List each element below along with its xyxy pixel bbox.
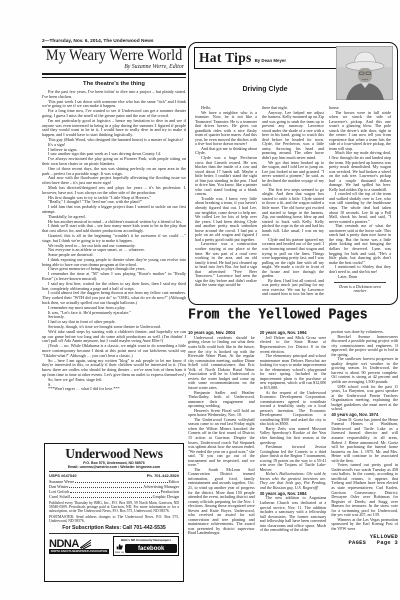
dotted-leader — [70, 492, 159, 493]
paragraph: The first few steps seemed to go alright… — [262, 188, 324, 238]
paragraph: The horses were in full stride when we s… — [329, 111, 391, 152]
paragraph: Barry Zeits was named Missouri Valley Sp… — [260, 427, 327, 445]
paragraph: Jeff Delzer and Mick Grosz were elected … — [260, 336, 327, 354]
staff-name: Carol Schall — [49, 494, 70, 499]
masthead-rule-thick — [42, 73, 186, 75]
ndna-logo: NDNA NORTH DAKOTA NEWSPAPER ASSOCIATION — [49, 539, 109, 554]
paragraph: Much like my mule driving deal, I flew t… — [329, 151, 391, 192]
paragraph: That reminds me of what the auctioneer s… — [329, 224, 391, 265]
paragraph: Lawrence was a construction worker stayi… — [195, 242, 257, 287]
paragraph: The sunflower harvest progresses in qual… — [331, 357, 398, 384]
paragraph: Underwood residents should be getting cl… — [188, 336, 255, 391]
subscription-line: For Subscription Rates: Call 701-442-553… — [49, 525, 179, 531]
facebook-badge-title: BHG's ND Community Newspapers — [115, 538, 177, 542]
publisher-legal-text: Published every Thursday by BHG, Inc., P… — [49, 501, 179, 514]
paragraph: Clyde was a huge Percheron cross that Li… — [195, 156, 257, 197]
hat-tips-headline: Driving Clyde — [195, 86, 335, 93]
yellowed-column-1: 10 years ago, Nov. 2004Underwood residen… — [188, 330, 255, 586]
yellowed-column-3: portion was done by volunteers.Boeckel A… — [331, 330, 398, 586]
paragraph: Winners at the Las Vegas promotion spons… — [331, 518, 398, 532]
staff-role: Graphic Design — [153, 494, 179, 499]
paragraph: I crawled off the top of the team and wa… — [329, 192, 391, 224]
paragraph: We got that team hooked up to the wagon,… — [262, 161, 324, 188]
usps-number: USPS #647040 — [49, 473, 77, 478]
staff-row: Carol Schall Graphic Design — [49, 494, 179, 499]
facebook-wordmark: facebook — [125, 544, 177, 553]
yellowed-pages-section: 10 years ago, Nov. 2004Underwood residen… — [188, 330, 398, 586]
paragraph: Glenn D. Goetz has joined the Heine Fune… — [331, 418, 398, 463]
paragraph: Later, Dean — [329, 275, 391, 280]
paragraph: Clyde and his partner ignored my screams… — [262, 238, 324, 279]
masthead-contact: Email: unnews@westriv.com • Website: bhg… — [49, 465, 179, 469]
masthead-rule-thin — [42, 77, 186, 78]
dotted-leader — [69, 487, 142, 488]
paragraph: The elementary principal and school main… — [260, 354, 327, 390]
ndna-flag-icon — [80, 539, 92, 549]
thumbs-up-icon — [116, 543, 123, 550]
ndna-subtext: NORTH DAKOTA NEWSPAPER ASSOCIATION — [49, 549, 109, 553]
paragraph: UHS school cook for the past 11 years, L… — [331, 385, 398, 412]
hat-tips-column-3: house.The horses were in full stride whe… — [329, 106, 391, 297]
dotted-leader — [75, 482, 167, 483]
paragraph: Anyway, Lee helped me adjust the harness… — [262, 111, 324, 161]
paragraph: Benjamin Sadler and Heather Thekofladey,… — [188, 391, 255, 409]
paragraph: Trouble was, I knew very little about br… — [195, 197, 257, 242]
masthead-box: Underwood News P.O. Box 575, Underwood, … — [44, 443, 184, 582]
paragraph: We'd take small steps by starting with a… — [42, 330, 186, 344]
hat-tips-box: Hat Tips By Dean Meyer Driving Clyde — [188, 42, 398, 305]
paragraph: By then, I had lost all control, and was… — [262, 279, 324, 297]
paragraph: So – here I am again, using my written "… — [42, 359, 186, 378]
paragraph: The Underwood Comets volleyball season c… — [188, 418, 255, 468]
phone-number: Ph. 701-442-5520 — [147, 473, 179, 478]
paragraph: Helsa's Hallucinations: Ole said he know… — [260, 472, 327, 490]
postmaster-text: POSTMASTER: Send address changes to The … — [49, 515, 179, 523]
paragraph: (Yeah … no. While Oklahoma is a classic,… — [42, 344, 186, 358]
paragraph: Voters turned out pretty good in Underwo… — [331, 463, 398, 518]
columnist-photo — [336, 46, 393, 100]
masthead-box-title: Underwood News — [49, 447, 179, 460]
page-folio: 2—Thursday, Nov. 6, 2014, The Underwood … — [42, 39, 186, 44]
werre-column-headline: The theatre's the thing — [42, 81, 186, 87]
paragraph: The South McLean Soil Conservation Distr… — [188, 468, 255, 536]
yellowed-column-2: 20 years ago, Nov. 1994Jeff Delzer and M… — [260, 330, 327, 586]
paragraph: I'm not particularly good at logistics –… — [42, 119, 186, 138]
like-us-label: Like us — [115, 543, 124, 554]
hat-tips-column-1: Hello,We have a neighbor who is a teamst… — [195, 106, 257, 297]
paragraph: Dean is a Dickinson area rancher — [334, 282, 387, 294]
paragraph: At the request of the Underwood Economic… — [260, 391, 327, 427]
hat-tips-column-2: there that night.Anyway, Lee helped me a… — [262, 106, 324, 297]
werre-column-byline: By Suzanne Werre, Editor — [42, 64, 184, 70]
hat-tips-banner: Hat Tips By Dean Meyer — [194, 47, 341, 69]
paragraph: I mentioned to Shirley that they don't n… — [329, 265, 391, 274]
paragraph: ***Won't regret … what I did for love.**… — [42, 387, 186, 392]
paragraph: We have a neighbor who is a teamster. No… — [195, 111, 257, 147]
ndna-wordmark: NDNA — [49, 539, 79, 549]
werre-column-body: For the past few years, I've been itchin… — [42, 90, 186, 439]
jump-line: YELLOWED PAGES Page 3 — [331, 534, 398, 546]
hat-tips-title: Hat Tips — [199, 50, 252, 66]
paragraph: Freshman forward Jessica Cottingham led … — [260, 445, 327, 472]
masthead-address: P.O. Box 575, Underwood, ND 58576 — [49, 461, 179, 465]
facebook-badge: BHG's ND Community Newspapers Like us fa… — [113, 536, 179, 556]
dotted-leader — [71, 497, 152, 498]
newspaper-page: 2—Thursday, Nov. 6, 2014, The Underwood … — [0, 0, 400, 600]
werre-column-masthead: My Weary Werre World — [46, 47, 182, 65]
paragraph: Boeckel Avenue homeowners discussed a po… — [331, 335, 398, 358]
paragraph: I could almost feel the daggers being th… — [42, 291, 186, 305]
divider — [49, 471, 179, 472]
hat-tips-byline: By Dean Meyer — [255, 58, 286, 63]
paragraph: The new addition to Augustana Lutheran C… — [260, 496, 327, 532]
yellowed-pages-title: From the Yellowed Pages — [188, 306, 398, 323]
